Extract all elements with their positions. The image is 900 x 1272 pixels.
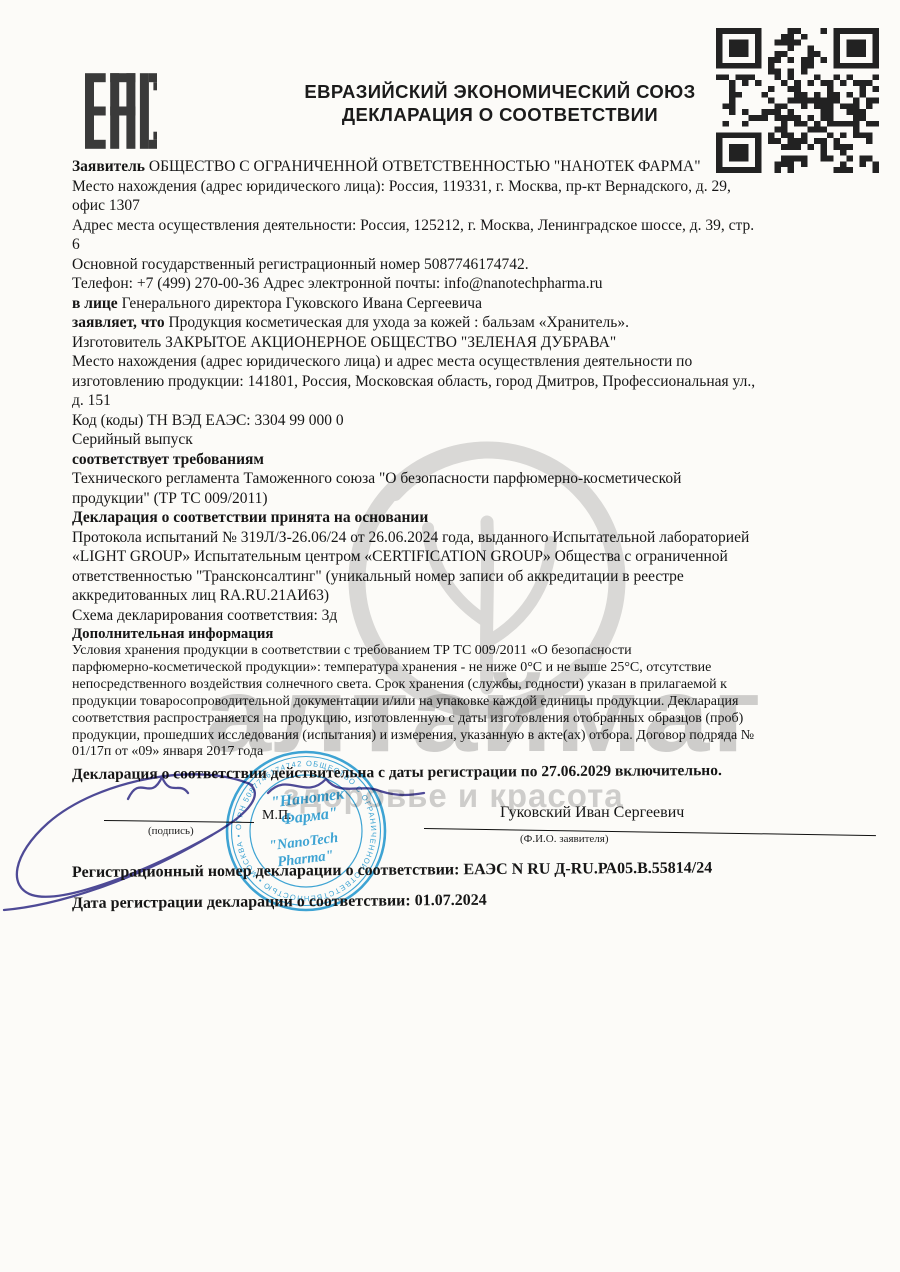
document-line: Серийный выпуск (72, 430, 882, 450)
document-line: Протокола испытаний № 319Л/З-26.06/24 от… (72, 528, 882, 548)
document-line: ответственностью "Трансконсалтинг" (уник… (72, 567, 882, 587)
document-line: д. 151 (72, 391, 882, 411)
document-line: «LIGHT GROUP» Испытательным центром «CER… (72, 547, 882, 567)
mp-label: М.П. (262, 808, 292, 824)
document-line: 6 (72, 235, 882, 255)
declaration-document: ЕВРАЗИЙСКИЙ ЭКОНОМИЧЕСКИЙ СОЮЗ ДЕКЛАРАЦИ… (0, 0, 900, 1272)
document-line: Технического регламента Таможенного союз… (72, 469, 882, 489)
document-body: Заявитель ОБЩЕСТВО С ОГРАНИЧЕННОЙ ОТВЕТС… (72, 157, 882, 761)
document-line: Код (коды) ТН ВЭД ЕАЭС: 3304 99 000 0 (72, 411, 882, 431)
document-line: продукции, прошедших исследования (испыт… (72, 728, 882, 745)
applicant-caption: (Ф.И.О. заявителя) (520, 833, 609, 845)
qr-code (716, 28, 879, 173)
registration-date-line: Дата регистрации декларации о соответств… (72, 892, 487, 913)
document-line: непосредственного воздействия солнечного… (72, 677, 882, 694)
document-line: изготовлению продукции: 141801, Россия, … (72, 372, 882, 392)
document-line: заявляет, что Продукция косметическая дл… (72, 313, 882, 333)
document-line: Изготовитель ЗАКРЫТОЕ АКЦИОНЕРНОЕ ОБЩЕСТ… (72, 333, 882, 353)
document-line: Место нахождения (адрес юридического лиц… (72, 352, 882, 372)
registration-number-line: Регистрационный номер декларации о соотв… (72, 860, 712, 882)
document-line: соответствия распространяется на продукц… (72, 711, 882, 728)
document-line: в лице Генерального директора Гуковского… (72, 294, 882, 314)
document-line: офис 1307 (72, 196, 882, 216)
document-line: парфюмерно-косметической продукции»: тем… (72, 660, 882, 677)
document-line: Декларация о соответствии принята на осн… (72, 508, 882, 528)
document-line: Дополнительная информация (72, 625, 882, 643)
document-line: соответствует требованиям (72, 450, 882, 470)
document-line: Схема декларирования соответствия: 3д (72, 606, 882, 626)
document-line: продукции" (ТР ТС 009/2011) (72, 489, 882, 509)
document-line: Место нахождения (адрес юридического лиц… (72, 177, 882, 197)
applicant-name: Гуковский Иван Сергеевич (500, 804, 684, 822)
applicant-name-line (424, 828, 876, 836)
document-line: Адрес места осуществления деятельности: … (72, 216, 882, 236)
document-line: Условия хранения продукции в соответстви… (72, 643, 882, 660)
document-line: продукции товаросопроводительной докумен… (72, 694, 882, 711)
document-line: аккредитованных лиц RA.RU.21АИ63) (72, 586, 882, 606)
document-line: Основной государственный регистрационный… (72, 255, 882, 275)
document-line: Заявитель ОБЩЕСТВО С ОГРАНИЧЕННОЙ ОТВЕТС… (72, 157, 882, 177)
document-line: Телефон: +7 (499) 270-00-36 Адрес электр… (72, 274, 882, 294)
